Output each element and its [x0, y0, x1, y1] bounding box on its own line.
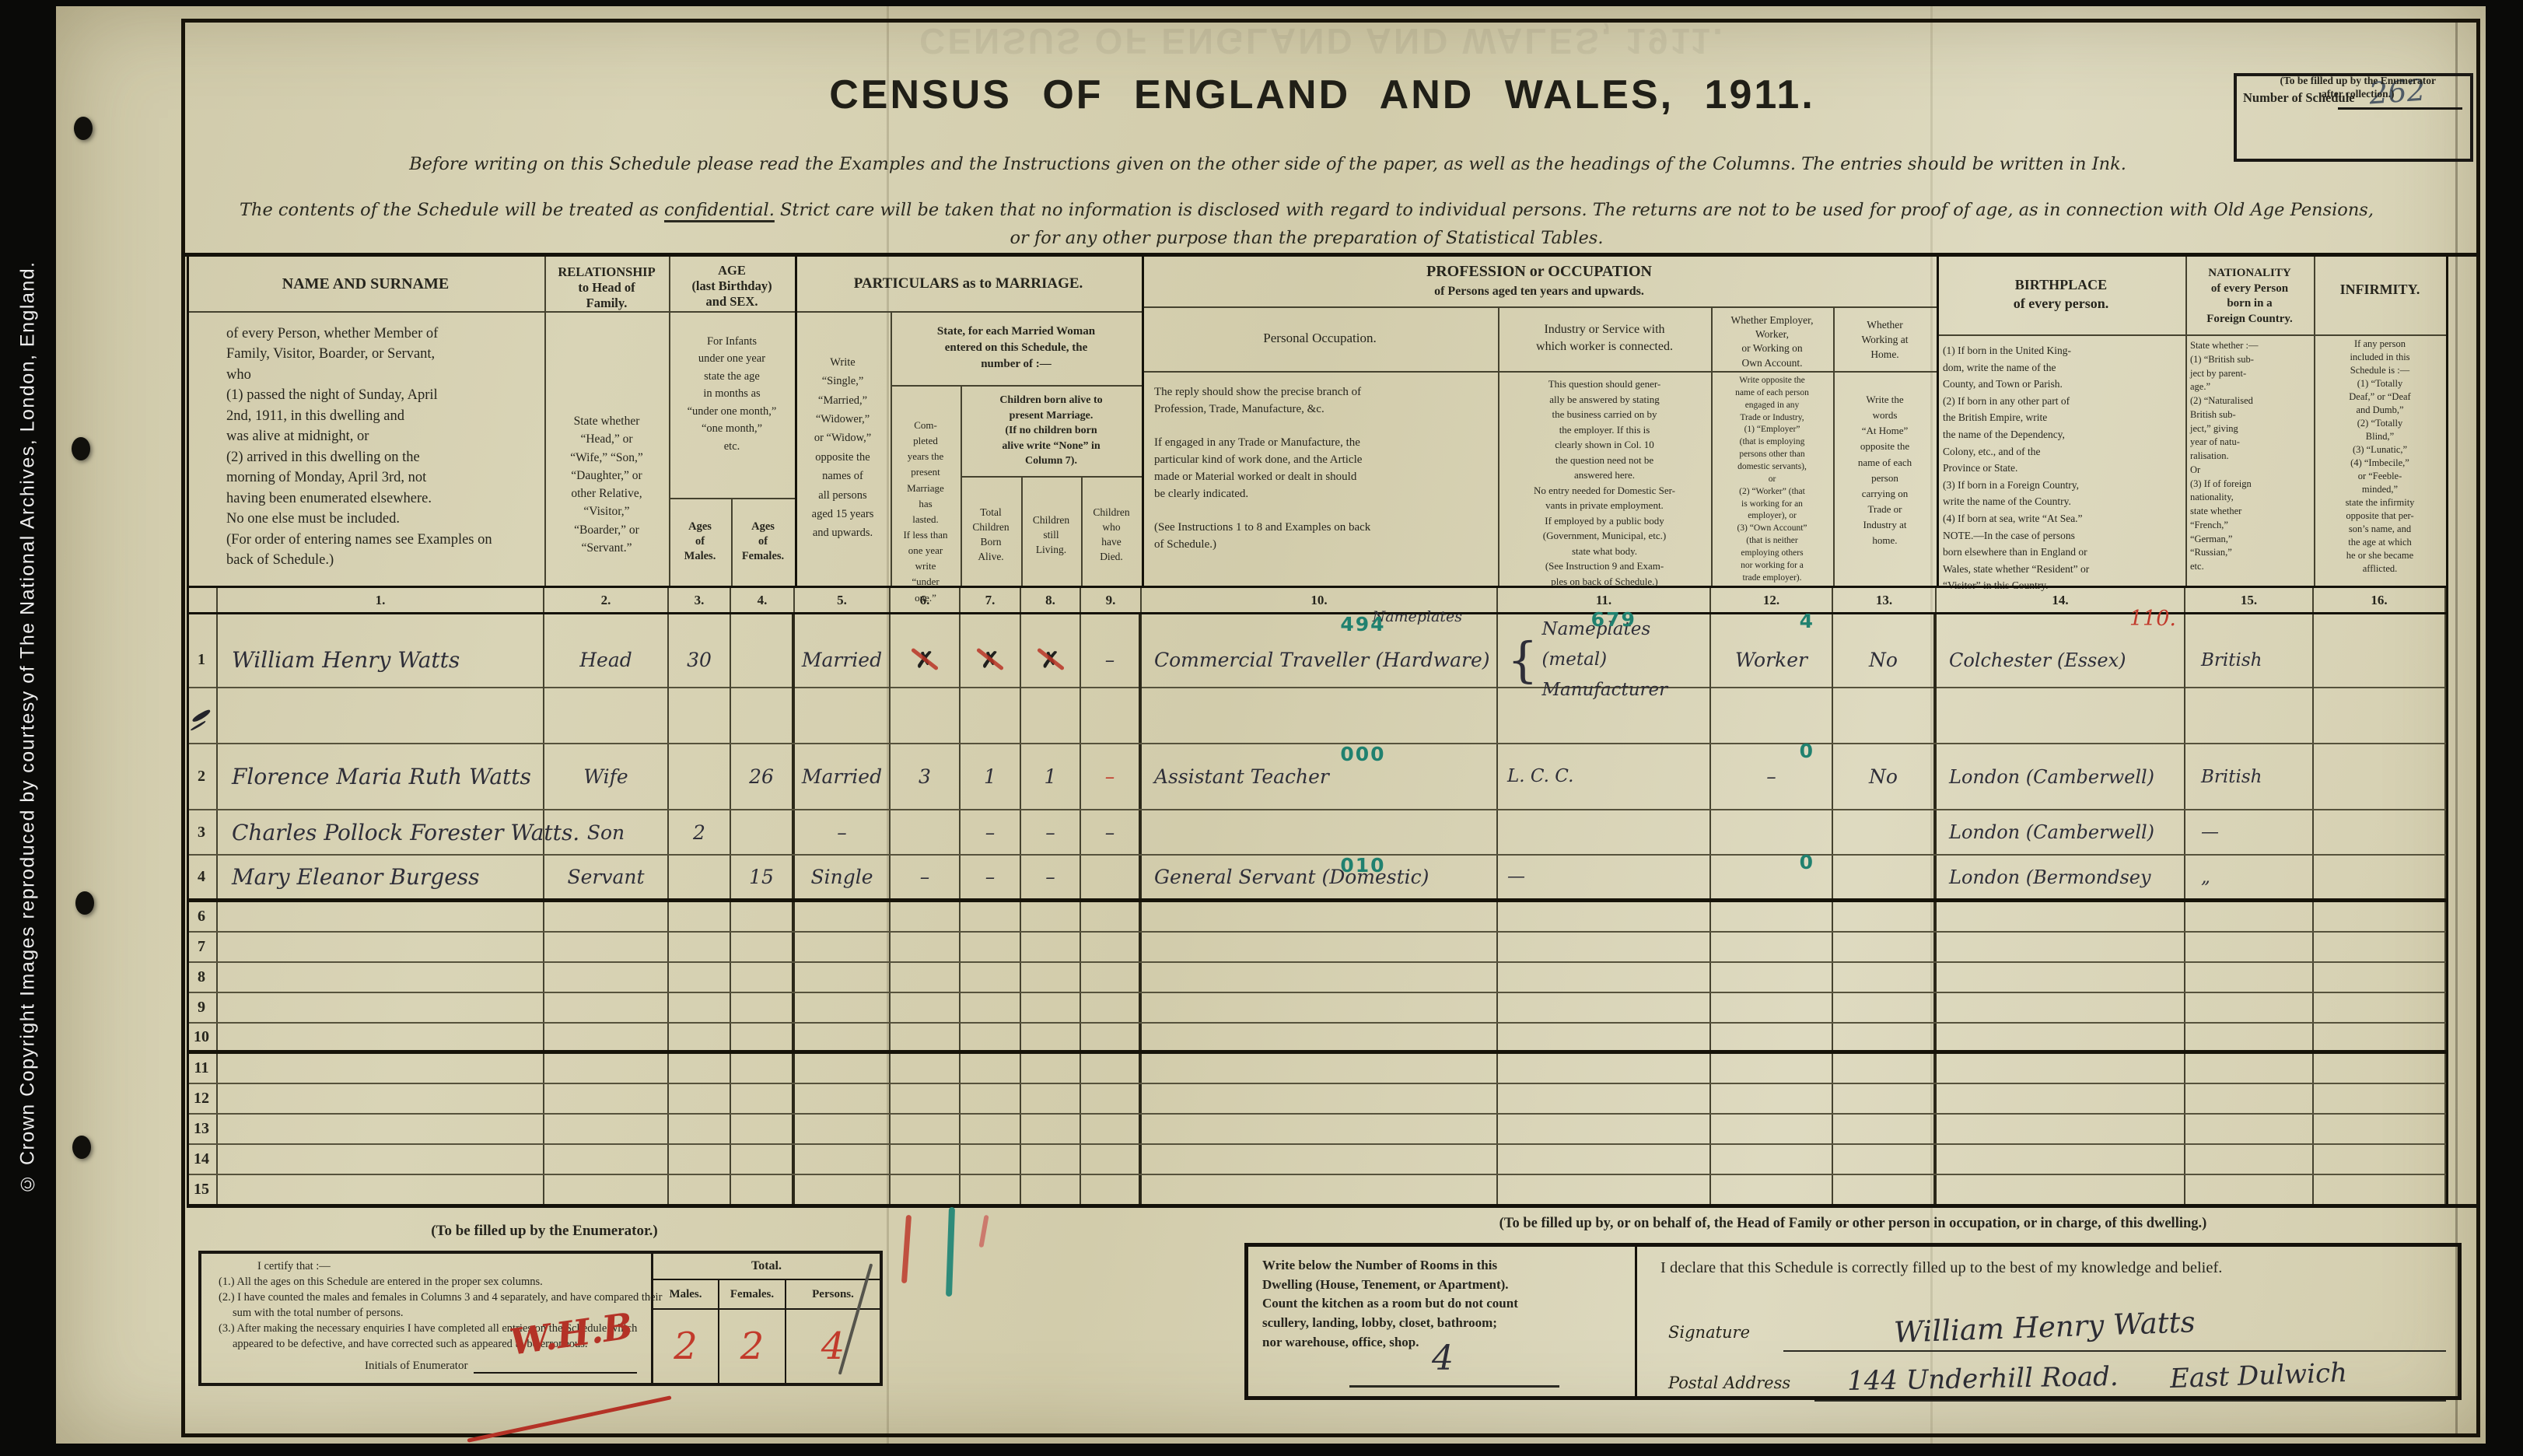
row-number: 10	[194, 1028, 209, 1046]
cell-c9	[1081, 933, 1142, 961]
table-row: 8	[187, 963, 2446, 993]
cell-c8	[1021, 688, 1081, 743]
cell-name	[218, 963, 544, 992]
cell-c9	[1081, 1054, 1142, 1083]
grid-line	[1937, 334, 2446, 336]
col-header-children-group: Children born alive to present Marriage.…	[961, 387, 1142, 476]
cell-employer: 0	[1711, 856, 1833, 898]
cell-occupation: Assistant Teacher000	[1142, 744, 1498, 809]
postal-address-value: 144 Underhill Road.	[1847, 1361, 2119, 1397]
grid-line	[1937, 257, 1939, 586]
rooms-instruction: Write below the Number of Rooms in this …	[1262, 1256, 1622, 1352]
classification-code: 679	[1591, 608, 1636, 631]
col-desc-industry: This question should gener- ally be answ…	[1498, 372, 1711, 586]
cell-marital	[795, 1084, 891, 1113]
cell-infirmity	[2314, 1024, 2446, 1050]
cell-age_m: 2	[669, 810, 731, 854]
cell-c9	[1081, 993, 1142, 1022]
column-number: 3.	[669, 586, 731, 614]
cell-industry	[1498, 1024, 1711, 1050]
classification-code: 0	[1800, 740, 1814, 762]
cell-athome	[1833, 902, 1937, 931]
ghost-title: CENSUS OF ENGLAND AND WALES, 1911.	[700, 20, 1944, 62]
cell-nationality	[2185, 1145, 2314, 1174]
punch-hole	[74, 117, 93, 140]
entry-text: 1	[1045, 765, 1057, 788]
cell-c7	[961, 1054, 1021, 1083]
cell-athome	[1833, 1054, 1937, 1083]
cell-occupation	[1142, 1145, 1498, 1174]
table-row: 14	[187, 1145, 2446, 1175]
entry-text: Married	[802, 649, 882, 671]
col-desc-marriage-years: Com- pleted years the present Marriage h…	[891, 387, 961, 586]
grid-line	[1021, 476, 1023, 586]
cell-infirmity	[2314, 963, 2446, 992]
column-number: 4.	[731, 586, 795, 614]
cell-industry	[1498, 1084, 1711, 1113]
cell-age_f	[731, 1145, 795, 1174]
cell-name	[218, 1175, 544, 1204]
cell-athome	[1833, 1115, 1937, 1143]
cell-infirmity	[2314, 993, 2446, 1022]
entry-text: Single	[810, 866, 873, 888]
entry-text: London (Bermondsey	[1949, 866, 2151, 888]
entry-text: —	[1507, 862, 1525, 892]
column-number: 2.	[544, 586, 669, 614]
col-desc-occupation: The reply should show the precise branch…	[1154, 372, 1489, 586]
postal-address-value-2: East Dulwich	[2169, 1357, 2347, 1395]
cell-c9	[1081, 902, 1142, 931]
cell-infirmity	[2314, 933, 2446, 961]
entry-text: –	[1105, 765, 1115, 788]
cell-c7	[961, 1024, 1021, 1050]
cell-marital	[795, 1175, 891, 1204]
cell-marital	[795, 993, 891, 1022]
grid-line	[181, 253, 2480, 257]
cell-relationship: Son	[544, 810, 669, 854]
row-number: 9	[198, 999, 205, 1017]
col-header-age: AGE (last Birthday) and SEX.	[669, 257, 795, 311]
cell-c7	[961, 902, 1021, 931]
cell-infirmity	[2314, 856, 2446, 898]
entry-text: Colchester (Essex)	[1949, 649, 2126, 671]
cell-age_m	[669, 1024, 731, 1050]
cell-c8	[1021, 1054, 1081, 1083]
cell-infirmity	[2314, 1084, 2446, 1113]
entry-text: Servant	[567, 866, 644, 888]
col-header-marriage: PARTICULARS as to MARRIAGE.	[795, 257, 1142, 311]
cell-age_f	[731, 933, 795, 961]
certify-item-1: (1.) All the ages on this Schedule are e…	[211, 1274, 671, 1290]
schedule-number-line	[2338, 107, 2462, 110]
copyright-text: © Crown Copyright Images reproduced by c…	[0, 0, 56, 1456]
col-header-married-woman: State, for each Married Woman entered on…	[891, 313, 1142, 385]
cell-name	[218, 1084, 544, 1113]
entry-text: Worker	[1735, 649, 1807, 671]
cell-c6	[891, 1084, 961, 1113]
cell-c6	[891, 1024, 961, 1050]
cell-industry	[1498, 902, 1711, 931]
column-number: 9.	[1081, 586, 1142, 614]
rooms-line	[1349, 1385, 1559, 1388]
column-number: 13.	[1833, 586, 1937, 614]
cell-birthplace: London (Bermondsey	[1937, 856, 2185, 898]
census-rows: 1William Henry WattsHead30Married✗✗✗–Com…	[187, 614, 2446, 1206]
males-value: 2	[653, 1310, 719, 1383]
punch-hole	[72, 437, 90, 460]
head-of-family-box: Write below the Number of Rooms in this …	[1244, 1243, 2462, 1400]
row-number: 4	[198, 868, 205, 886]
row-number: 12	[194, 1090, 209, 1108]
entry-text: Wife	[583, 765, 628, 788]
cell-c8	[1021, 1175, 1081, 1204]
cell-c7	[961, 1084, 1021, 1113]
cell-c8	[1021, 902, 1081, 931]
entry-text: ✗	[915, 647, 933, 673]
cell-name	[218, 1145, 544, 1174]
cell-c8	[1021, 963, 1081, 992]
entry-text: 30	[687, 649, 712, 671]
cell-marital: Married	[795, 744, 891, 809]
table-row: 6	[187, 902, 2446, 933]
cell-occupation	[1142, 810, 1498, 854]
cell-c6	[891, 993, 961, 1022]
instruction-line-1: Before writing on this Schedule please r…	[327, 154, 2209, 174]
cell-c7	[961, 933, 1021, 961]
cell-age_m	[669, 993, 731, 1022]
grid-line	[1081, 476, 1083, 586]
entry-text: 15	[749, 866, 774, 888]
cell-age_f	[731, 1084, 795, 1113]
cell-birthplace	[1937, 1084, 2185, 1113]
cell-relationship	[544, 1175, 669, 1204]
cell-occupation	[1142, 933, 1498, 961]
cell-athome	[1833, 963, 1937, 992]
cell-athome	[1833, 856, 1937, 898]
cell-infirmity	[2314, 1054, 2446, 1083]
col-desc-name: of every Person, whether Member of Famil…	[223, 313, 539, 586]
cell-age_m	[669, 856, 731, 898]
cell-relationship	[544, 688, 669, 743]
grid-line	[961, 385, 962, 586]
cell-industry	[1498, 1115, 1711, 1143]
entry-text: 1	[984, 765, 996, 788]
grid-line	[2446, 253, 2448, 1208]
cell-athome	[1833, 1084, 1937, 1113]
column-number: 15.	[2185, 586, 2314, 614]
cell-industry: —	[1498, 856, 1711, 898]
grid-line	[2185, 257, 2187, 586]
cell-marital	[795, 1115, 891, 1143]
cell-relationship	[544, 933, 669, 961]
cell-relationship	[544, 963, 669, 992]
cell-relationship	[544, 1024, 669, 1050]
cell-athome	[1833, 688, 1937, 743]
grid-line	[961, 476, 1142, 478]
row-number: 14	[194, 1150, 209, 1168]
col-header-children-living: Children still Living.	[1021, 478, 1081, 586]
entry-text: No	[1869, 765, 1898, 788]
cell-relationship	[544, 1084, 669, 1113]
grid-line	[544, 257, 546, 586]
cell-num: 14	[187, 1145, 218, 1174]
cell-nationality	[2185, 1024, 2314, 1050]
column-number: 7.	[961, 586, 1021, 614]
signature-value: William Henry Watts	[1893, 1305, 2196, 1349]
col-desc-athome: Write the words “At Home” opposite the n…	[1833, 372, 1937, 586]
entry-text: –	[985, 821, 996, 844]
cell-c9	[1081, 1084, 1142, 1113]
table-row	[187, 688, 2446, 744]
cell-infirmity	[2314, 1145, 2446, 1174]
cell-name	[218, 902, 544, 931]
cell-relationship: Wife	[544, 744, 669, 809]
cell-marital	[795, 1145, 891, 1174]
cell-employer	[1711, 1115, 1833, 1143]
cell-age_f	[731, 1024, 795, 1050]
cell-age_m	[669, 1145, 731, 1174]
col-header-name: NAME AND SURNAME	[187, 257, 544, 311]
cell-c8	[1021, 933, 1081, 961]
entry-text: –	[1045, 866, 1055, 888]
classification-code: 494	[1340, 613, 1385, 635]
cell-c7	[961, 688, 1021, 743]
total-table: Total. Males. Females. Persons. 2 2 4	[651, 1254, 880, 1383]
entry-text: Married	[802, 765, 882, 788]
entry-text: ✗	[981, 647, 999, 673]
grid-line	[2314, 257, 2315, 586]
postal-address-line	[1814, 1400, 2446, 1402]
cell-c6	[891, 810, 961, 854]
instruction-line-2: The contents of the Schedule will be tre…	[233, 196, 2380, 252]
grid-line	[1142, 306, 1937, 308]
cell-c9	[1081, 688, 1142, 743]
col-header-ages-males: Ages of Males.	[669, 499, 731, 586]
cell-age_f	[731, 1175, 795, 1204]
table-row: 9	[187, 993, 2446, 1024]
cell-num: 8	[187, 963, 218, 992]
col-header-profession: PROFESSION or OCCUPATION	[1142, 260, 1937, 285]
cell-name: Mary Eleanor Burgess	[218, 856, 544, 898]
classification-code: 4	[1800, 610, 1814, 632]
cell-age_f	[731, 1054, 795, 1083]
cell-num	[187, 688, 218, 743]
cell-num: 13	[187, 1115, 218, 1143]
cell-occupation	[1142, 688, 1498, 743]
cell-industry	[1498, 1145, 1711, 1174]
entry-text: Mary Eleanor Burgess	[232, 864, 480, 890]
cell-num: 7	[187, 933, 218, 961]
col-desc-employer: Write opposite the name of each person e…	[1711, 372, 1833, 586]
cell-industry	[1498, 1054, 1711, 1083]
cell-age_f	[731, 688, 795, 743]
cell-age_m	[669, 963, 731, 992]
cell-employer	[1711, 1054, 1833, 1083]
table-row: 13	[187, 1115, 2446, 1145]
cell-c8	[1021, 1145, 1081, 1174]
grid-line	[187, 1204, 2480, 1208]
cell-employer	[1711, 810, 1833, 854]
grid-line	[795, 257, 797, 586]
cell-name: Charles Pollock Forester Watts.	[218, 810, 544, 854]
postal-address-label: Postal Address	[1668, 1374, 1790, 1392]
grid-line	[187, 311, 1142, 313]
cell-occupation	[1142, 1115, 1498, 1143]
cell-birthplace	[1937, 902, 2185, 931]
col-header-children-born: Total Children Born Alive.	[961, 478, 1021, 586]
col-desc-relationship: State whether “Head,” or “Wife,” “Son,” …	[544, 313, 669, 586]
entry-text: –	[837, 821, 847, 844]
cell-industry	[1498, 993, 1711, 1022]
grid-line	[1498, 306, 1499, 586]
table-row: 12	[187, 1084, 2446, 1115]
cell-c7: 1	[961, 744, 1021, 809]
grid-line	[187, 612, 2446, 614]
cell-age_f	[731, 1115, 795, 1143]
enumerator-heading: (To be filled up by the Enumerator.)	[327, 1223, 762, 1240]
declaration-text: I declare that this Schedule is correctl…	[1660, 1259, 2450, 1277]
col-desc-infirmity: If any person included in this Schedule …	[2318, 336, 2442, 586]
cell-c9	[1081, 963, 1142, 992]
cell-occupation	[1142, 1054, 1498, 1083]
cell-age_f	[731, 902, 795, 931]
cell-num: 15	[187, 1175, 218, 1204]
row-number: 8	[198, 968, 205, 986]
cell-name	[218, 993, 544, 1022]
row-number: 3	[198, 824, 205, 842]
cell-name	[218, 1115, 544, 1143]
cell-c8	[1021, 993, 1081, 1022]
cell-relationship	[544, 993, 669, 1022]
punch-hole	[72, 1136, 91, 1159]
cell-infirmity	[2314, 688, 2446, 743]
col-header-employer: Whether Employer, Worker, or Working on …	[1711, 307, 1833, 372]
cell-age_f	[731, 963, 795, 992]
cell-name	[218, 933, 544, 961]
cell-marital	[795, 688, 891, 743]
cell-c7: –	[961, 856, 1021, 898]
cell-nationality: —	[2185, 810, 2314, 854]
classification-code-red: 110.	[2129, 607, 2176, 631]
cell-name	[218, 1054, 544, 1083]
census-schedule-page: © Crown Copyright Images reproduced by c…	[0, 0, 2523, 1456]
cell-c9	[1081, 1145, 1142, 1174]
cell-c6	[891, 902, 961, 931]
grid-line	[1711, 306, 1713, 586]
classification-code: 010	[1340, 854, 1385, 877]
cell-industry	[1498, 810, 1711, 854]
cell-c9: –	[1081, 810, 1142, 854]
cell-age_m	[669, 1115, 731, 1143]
cell-birthplace	[1937, 993, 2185, 1022]
entry-text: William Henry Watts	[232, 647, 460, 673]
cell-relationship	[544, 1115, 669, 1143]
cell-marital	[795, 933, 891, 961]
cell-marital	[795, 902, 891, 931]
cell-birthplace	[1937, 1054, 2185, 1083]
column-number: 6.	[891, 586, 961, 614]
cell-infirmity	[2314, 744, 2446, 809]
cell-age_f: 15	[731, 856, 795, 898]
entry-text: British	[2201, 767, 2262, 787]
grid-line	[1142, 371, 1937, 373]
cell-c6: –	[891, 856, 961, 898]
cell-marital	[795, 1054, 891, 1083]
confidential-word: confidential.	[664, 200, 775, 220]
cell-age_m	[669, 1084, 731, 1113]
cell-birthplace	[1937, 1175, 2185, 1204]
cell-birthplace	[1937, 688, 2185, 743]
cell-occupation: General Servant (Domestic)010	[1142, 856, 1498, 898]
males-label: Males.	[653, 1280, 719, 1308]
cell-c6	[891, 1054, 961, 1083]
cell-num: 11	[187, 1054, 218, 1083]
cell-athome	[1833, 933, 1937, 961]
column-number: 1.	[218, 586, 544, 614]
cell-c6	[891, 1145, 961, 1174]
cell-athome	[1833, 1145, 1937, 1174]
cell-c6	[891, 933, 961, 961]
entry-text: London (Camberwell)	[1949, 766, 2154, 788]
cell-athome: No	[1833, 744, 1937, 809]
col-header-ages-females: Ages of Females.	[731, 499, 795, 586]
entry-text: Charles Pollock Forester Watts.	[232, 820, 579, 845]
row-number: 2	[198, 768, 205, 786]
cell-c7	[961, 993, 1021, 1022]
cell-employer	[1711, 688, 1833, 743]
cell-c7	[961, 963, 1021, 992]
table-row: 11	[187, 1054, 2446, 1084]
cell-c8	[1021, 1084, 1081, 1113]
row-number: 11	[194, 1059, 209, 1077]
row-number: 13	[194, 1120, 209, 1138]
col-header-infirmity: INFIRMITY.	[2314, 257, 2446, 334]
table-row: 3Charles Pollock Forester Watts.Son2––––…	[187, 810, 2446, 856]
col-header-occupation: Personal Occupation.	[1142, 307, 1498, 372]
cell-nationality	[2185, 1115, 2314, 1143]
cell-nationality	[2185, 933, 2314, 961]
grid-line	[669, 257, 670, 586]
table-row: 4Mary Eleanor BurgessServant15Single–––G…	[187, 856, 2446, 902]
schedule-number-note: (To be filled up by the Enumerator after…	[2280, 75, 2436, 101]
cell-relationship: Servant	[544, 856, 669, 898]
cell-nationality	[2185, 1054, 2314, 1083]
cell-nationality	[2185, 1084, 2314, 1113]
cell-num: 10	[187, 1024, 218, 1050]
cell-nationality	[2185, 963, 2314, 992]
head-of-family-heading: (To be filled up by, or on behalf of, th…	[1244, 1216, 2462, 1232]
confidential-post: Strict care will be taken that no inform…	[775, 200, 2374, 248]
cell-relationship	[544, 1054, 669, 1083]
col-header-athome: Whether Working at Home.	[1833, 307, 1937, 372]
table-row: 7	[187, 933, 2446, 963]
cell-age_f	[731, 810, 795, 854]
entry-note: Nameplates	[1373, 608, 1462, 625]
cell-birthplace	[1937, 1145, 2185, 1174]
cell-age_m	[669, 688, 731, 743]
persons-value: 4	[786, 1310, 880, 1383]
cell-c7	[961, 1175, 1021, 1204]
cell-industry	[1498, 933, 1711, 961]
column-number: 5.	[795, 586, 891, 614]
cell-infirmity	[2314, 810, 2446, 854]
cell-birthplace: London (Camberwell)	[1937, 744, 2185, 809]
cell-birthplace	[1937, 933, 2185, 961]
entry-text: 26	[749, 765, 774, 788]
table-row: 1William Henry WattsHead30Married✗✗✗–Com…	[187, 614, 2446, 688]
cell-age_f	[731, 993, 795, 1022]
row-number: 1	[198, 651, 205, 669]
